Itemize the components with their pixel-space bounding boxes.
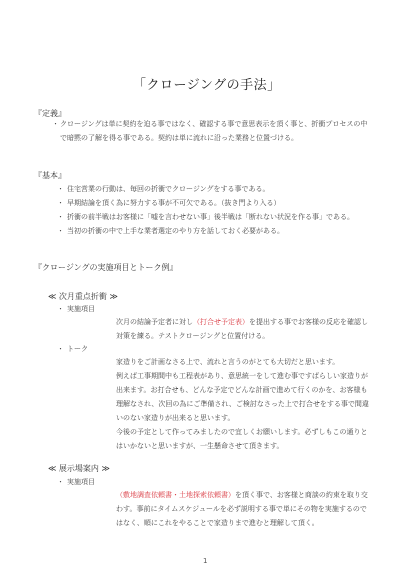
bullet: ・ [57, 343, 64, 356]
talk-line: 出来ます。お打合せも、どんな予定でどんな計画で進めて行くのかを、お客様も [116, 384, 367, 397]
item-post: を頂く事で、お客様と商談の約束を取り交 [235, 491, 368, 499]
page-number: 1 [203, 557, 207, 565]
bullet: ・ [57, 303, 64, 316]
highlight-schedule: （打合せ予定表） [193, 318, 249, 326]
item-post: を提出する事でお客様の反応を確認し [249, 318, 368, 326]
page-title: 「クロージングの手法」 [133, 74, 281, 93]
definition-bullet: ・ [52, 118, 59, 131]
item-text: （敷地調査依頼書・土地探索依頼書）を頂く事で、お客様と商談の約束を取り交 [116, 489, 368, 502]
basics-bullet: ・ [57, 197, 64, 210]
highlight-request-forms: （敷地調査依頼書・土地探索依頼書） [116, 491, 235, 499]
basics-bullet: ・ [57, 225, 64, 238]
talk-line: 理解なされ、次回の為にご準備され、ご検討なさった上で打合せをする事で間違 [116, 398, 369, 411]
implementation-heading: 『クロージングの実施項目とトーク例』 [34, 262, 177, 273]
item-text-line-2: 対策を練る。テストクロージングと位置付ける。 [116, 330, 269, 343]
talk-line: 例えば工事期間中も工程表があり、意思統一をして進む事ですばらしい家造りが [116, 370, 368, 383]
basics-item: 早期結論を頂く為に努力する事が不可欠である。（抜き門より入る） [67, 197, 281, 210]
talk-label: トーク [67, 343, 88, 356]
item-label: 実施項目 [67, 303, 95, 316]
item-text-line-2: わす。事前にタイムスケジュールを必ず説明する事で単にその物を実施するので [116, 503, 367, 516]
basics-heading: 『基本』 [34, 170, 66, 181]
item-pre: 次月の結論予定者に対し [116, 318, 193, 326]
basics-bullet: ・ [57, 211, 64, 224]
talk-line: 家造りをご計画なさる上で、流れと言うのがとても大切だと思います。 [116, 356, 339, 369]
definition-line-2: で暗黙の了解を得る事である。契約は単に流れに沿った業務と位置づける。 [60, 132, 298, 145]
item-text: 次月の結論予定者に対し（打合せ予定表）を提出する事でお客様の反応を確認し [116, 316, 368, 329]
basics-bullet: ・ [57, 183, 64, 196]
section-heading-showroom: ≪ 展示場案内 ≫ [48, 463, 110, 474]
item-text-line-3: はなく、順にこれをやることで家造りまで進むと理解して頂く。 [116, 517, 319, 530]
talk-line: いのない家造りが出来ると思います。 [116, 412, 234, 425]
item-label: 実施項目 [67, 476, 95, 489]
talk-line: はいかないと思いますが、一生懸命させて頂きます。 [116, 440, 283, 453]
talk-line: 今後の予定として作ってみましたので宜しくお願いします。必ずしもこの通りと [116, 426, 367, 439]
basics-item: 折衝の前半戦はお客様に「嘘を言わせない事」後半戦は「断れない状況を作る事」である… [67, 211, 354, 224]
basics-item: 住宅営業の行動は、毎回の折衝でクロージングをする事である。 [67, 183, 270, 196]
section-heading-next-month: ≪ 次月重点折衝 ≫ [48, 291, 118, 302]
definition-line-1: クロージングは単に契約を迫る事ではなく、確認する事で意思表示を頂く事と、折衝プロ… [60, 118, 367, 131]
bullet: ・ [57, 476, 64, 489]
basics-item: 当初の折衝の中で上手な業者選定のやり方を話しておく必要がある。 [67, 225, 284, 238]
